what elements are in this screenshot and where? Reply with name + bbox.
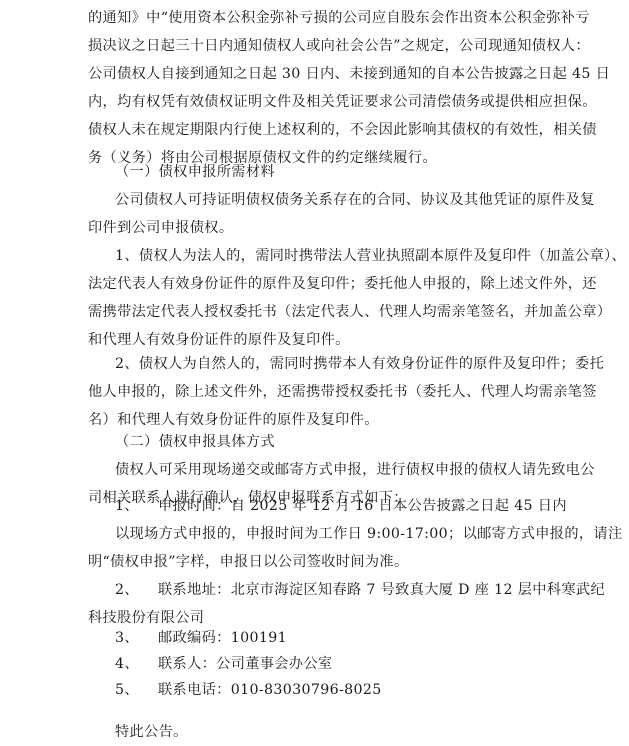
contact-item-1-text: 申报时间：自 2025 年 12 月 16 日本公告披露之日起 45 日内 (158, 498, 567, 514)
contact-item-5: 5、联系电话：010-83030796-8025 (115, 680, 570, 700)
contact-item-1-note-line-1: 以现场方式申报的，申报时间为工作日 9:00-17:00；以邮寄方式申报的，请注 (115, 524, 570, 544)
section-1-item-2-line-2: 他人申报的，除上述文件外，还需携带授权委托书（委托人、代理人均需亲笔签 (88, 382, 543, 402)
contact-item-1-num: 1、 (115, 496, 158, 516)
contact-item-4: 4、联系人：公司董事会办公室 (115, 654, 570, 674)
section-1-para-line-1: 公司债权人可持证明债权债务关系存在的合同、协议及其他凭证的原件及复 (115, 190, 570, 210)
section-1-heading: （一）债权申报所需材料 (115, 162, 570, 182)
section-1-item-1-line-1: 1、债权人为法人的，需同时携带法人营业执照副本原件及复印件（加盖公章）、 (115, 246, 570, 266)
contact-item-5-text: 联系电话：010-83030796-8025 (158, 682, 382, 698)
section-2-para-line-1: 债权人可采用现场递交或邮寄方式申报，进行债权申报的债权人请先致电公 (115, 460, 570, 480)
contact-item-2-num: 2、 (115, 580, 158, 600)
contact-item-2-text: 联系地址：北京市海淀区知春路 7 号致真大厦 D 座 12 层中科寒武纪 (158, 582, 605, 598)
section-1-item-2-line-1: 2、债权人为自然人的，需同时携带本人有效身份证件的原件及复印件；委托 (115, 354, 570, 374)
contact-item-4-text: 联系人：公司董事会办公室 (158, 656, 332, 672)
intro-line-5: 债权人未在规定期限内行使上述权利的，不会因此影响其债权的有效性，相关债 (88, 120, 543, 140)
document-page: 的通知》中“使用资本公积金弥补亏损的公司应自股东会作出资本公积金弥补亏 损决议之… (0, 0, 629, 746)
contact-item-3: 3、邮政编码：100191 (115, 628, 570, 648)
intro-line-2: 损决议之日起三十日内通知债权人或向社会公告”之规定，公司现通知债权人： (88, 36, 543, 56)
contact-item-4-num: 4、 (115, 654, 158, 674)
intro-line-4: 内，均有权凭有效债权证明文件及相关凭证要求公司清偿债务或提供相应担保。 (88, 92, 543, 112)
contact-item-1-note-line-2: 明“债权申报”字样，申报日以公司签收时间为准。 (88, 552, 543, 572)
section-1-para-line-2: 印件到公司申报债权。 (88, 218, 543, 238)
contact-item-1: 1、申报时间：自 2025 年 12 月 16 日本公告披露之日起 45 日内 (115, 496, 570, 516)
section-1-item-1-line-3: 需携带法定代表人授权委托书（法定代表人、代理人均需亲笔签名，并加盖公章） (88, 302, 543, 322)
section-1-item-2-line-3: 名）和代理人有效身份证件的原件及复印件。 (88, 410, 543, 430)
contact-item-2: 2、联系地址：北京市海淀区知春路 7 号致真大厦 D 座 12 层中科寒武纪 (115, 580, 570, 600)
intro-line-3: 公司债权人自接到通知之日起 30 日内、未接到通知的自本公告披露之日起 45 日 (88, 64, 543, 84)
contact-item-5-num: 5、 (115, 680, 158, 700)
closing-statement: 特此公告。 (115, 722, 570, 742)
contact-item-3-num: 3、 (115, 628, 158, 648)
contact-item-3-text: 邮政编码：100191 (158, 630, 287, 646)
section-2-heading: （二）债权申报具体方式 (115, 432, 570, 452)
intro-line-1: 的通知》中“使用资本公积金弥补亏损的公司应自股东会作出资本公积金弥补亏 (88, 8, 543, 28)
section-1-item-1-line-4: 和代理人有效身份证件的原件及复印件。 (88, 330, 543, 350)
contact-item-2-cont: 科技股份有限公司 (88, 608, 543, 628)
section-1-item-1-line-2: 法定代表人有效身份证件的原件及复印件；委托他人申报的，除上述文件外，还 (88, 274, 543, 294)
